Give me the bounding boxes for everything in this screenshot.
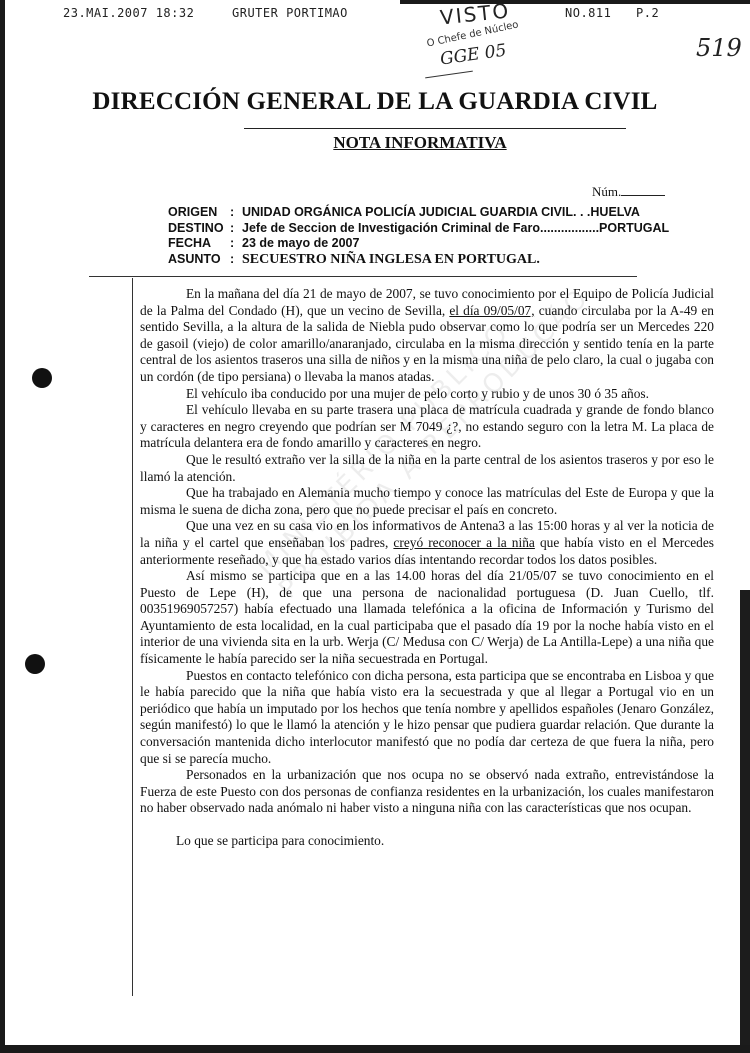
paragraph: Que ha trabajado en Alemania mucho tiemp… [140, 485, 714, 518]
signature-underline [425, 71, 473, 79]
meta-label: ORIGEN [168, 205, 230, 221]
underlined-date: el día 09/05/07, [449, 303, 534, 318]
body-frame-top [89, 276, 637, 277]
scan-edge-left [0, 0, 5, 1053]
meta-asunto: ASUNTO : SECUESTRO NIÑA INGLESA EN PORTU… [168, 252, 669, 268]
document-number-blank [621, 185, 665, 196]
paragraph: Así mismo se participa que en a las 14.0… [140, 568, 714, 668]
folio-number: 519 [696, 34, 742, 62]
punch-hole-mark [32, 368, 52, 388]
scan-edge-right [740, 590, 750, 1053]
paragraph: Puestos en contacto telefónico con dicha… [140, 668, 714, 768]
document-number-field: Núm. [592, 184, 665, 200]
organization-title: DIRECCIÓN GENERAL DE LA GUARDIA CIVIL [0, 88, 750, 116]
meta-label: DESTINO [168, 221, 230, 237]
meta-value: 23 de mayo de 2007 [242, 236, 359, 252]
meta-value: SECUESTRO NIÑA INGLESA EN PORTUGAL. [242, 252, 540, 268]
meta-fecha: FECHA : 23 de mayo de 2007 [168, 236, 669, 252]
fax-datetime: 23.MAI.2007 18:32 [63, 6, 194, 20]
metadata-block: ORIGEN : UNIDAD ORGÁNICA POLICÍA JUDICIA… [168, 205, 669, 267]
paragraph: El vehículo iba conducido por una mujer … [140, 386, 714, 403]
underlined-phrase: creyó reconocer a la niña [393, 535, 534, 550]
meta-origen: ORIGEN : UNIDAD ORGÁNICA POLICÍA JUDICIA… [168, 205, 669, 221]
paragraph: Que le resultó extraño ver la silla de l… [140, 452, 714, 485]
meta-value: UNIDAD ORGÁNICA POLICÍA JUDICIAL GUARDIA… [242, 205, 640, 221]
fax-sender: GRUTER PORTIMAO [232, 6, 348, 20]
scan-edge-bottom [0, 1045, 750, 1053]
meta-destino: DESTINO : Jefe de Seccion de Investigaci… [168, 221, 669, 237]
body-text: En la mañana del día 21 de mayo de 2007,… [140, 286, 714, 850]
punch-hole-mark [25, 654, 45, 674]
paragraph: El vehículo llevaba en su parte trasera … [140, 402, 714, 452]
fax-number: NO.811 [565, 6, 611, 20]
paragraph: En la mañana del día 21 de mayo de 2007,… [140, 286, 714, 386]
meta-label: FECHA [168, 236, 230, 252]
title-divider [244, 128, 626, 129]
document-title: NOTA INFORMATIVA [0, 133, 750, 153]
body-frame-left [132, 278, 133, 996]
meta-value: Jefe de Seccion de Investigación Crimina… [242, 221, 669, 237]
meta-label: ASUNTO [168, 252, 230, 268]
paragraph: Personados en la urbanización que nos oc… [140, 767, 714, 817]
closing-line: Lo que se participa para conocimiento. [140, 833, 714, 850]
document-number-label: Núm. [592, 184, 621, 199]
fax-page: P.2 [636, 6, 659, 20]
paragraph: Que una vez en su casa vio en los inform… [140, 518, 714, 568]
